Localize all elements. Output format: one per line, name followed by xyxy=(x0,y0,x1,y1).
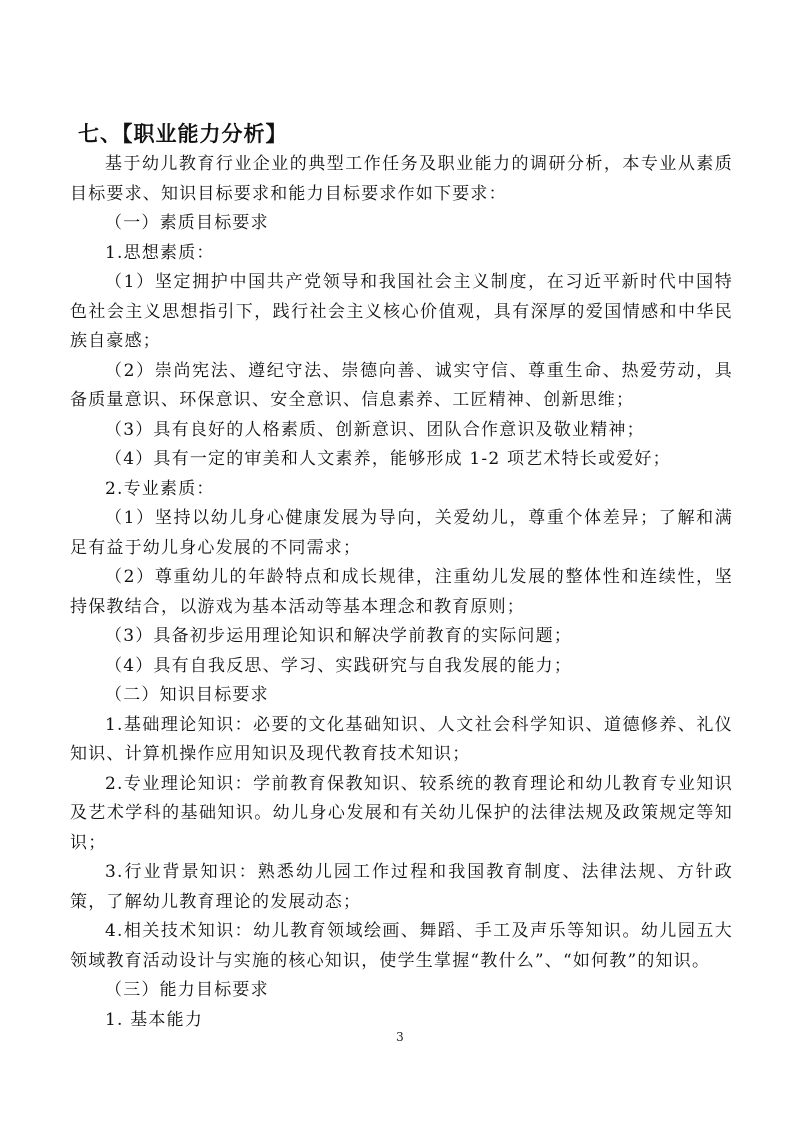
subsection-heading-knowledge: （二）知识目标要求 xyxy=(70,681,733,711)
subsection-heading-ability: （三）能力目标要求 xyxy=(70,976,733,1006)
item-ideological-quality: 1.思想素质： xyxy=(70,239,733,269)
list-item: （3）具备初步运用理论知识和解决学前教育的实际问题； xyxy=(70,622,733,652)
subsection-heading-quality: （一）素质目标要求 xyxy=(70,209,733,239)
list-item: 3.行业背景知识：熟悉幼儿园工作过程和我国教育制度、法律法规、方针政策，了解幼儿… xyxy=(70,858,733,917)
document-page: 七、【职业能力分析】 基于幼儿教育行业企业的典型工作任务及职业能力的调研分析，本… xyxy=(0,0,800,1130)
list-item: （4）具有一定的审美和人文素养，能够形成 1-2 项艺术特长或爱好； xyxy=(70,445,733,475)
list-item: （4）具有自我反思、学习、实践研究与自我发展的能力； xyxy=(70,652,733,682)
list-item: （1）坚持以幼儿身心健康发展为导向，关爱幼儿，尊重个体差异；了解和满足有益于幼儿… xyxy=(70,504,733,563)
list-item: （2）尊重幼儿的年龄特点和成长规律，注重幼儿发展的整体性和连续性，坚持保教结合，… xyxy=(70,563,733,622)
list-item: 4.相关技术知识：幼儿教育领域绘画、舞蹈、手工及声乐等知识。幼儿园五大领域教育活… xyxy=(70,917,733,976)
page-content: 七、【职业能力分析】 基于幼儿教育行业企业的典型工作任务及职业能力的调研分析，本… xyxy=(70,118,733,1035)
list-item: （3）具有良好的人格素质、创新意识、团队合作意识及敬业精神； xyxy=(70,416,733,446)
section-heading: 七、【职业能力分析】 xyxy=(78,118,733,150)
item-professional-quality: 2.专业素质： xyxy=(70,475,733,505)
list-item: 1.基础理论知识：必要的文化基础知识、人文社会科学知识、道德修养、礼仪知识、计算… xyxy=(70,711,733,770)
intro-paragraph: 基于幼儿教育行业企业的典型工作任务及职业能力的调研分析，本专业从素质目标要求、知… xyxy=(70,150,733,209)
list-item: 2.专业理论知识：学前教育保教知识、较系统的教育理论和幼儿教育专业知识及艺术学科… xyxy=(70,770,733,859)
page-number: 3 xyxy=(0,1030,800,1044)
list-item: （1）坚定拥护中国共产党领导和我国社会主义制度，在习近平新时代中国特色社会主义思… xyxy=(70,268,733,357)
list-item: （2）崇尚宪法、遵纪守法、崇德向善、诚实守信、尊重生命、热爱劳动，具备质量意识、… xyxy=(70,357,733,416)
